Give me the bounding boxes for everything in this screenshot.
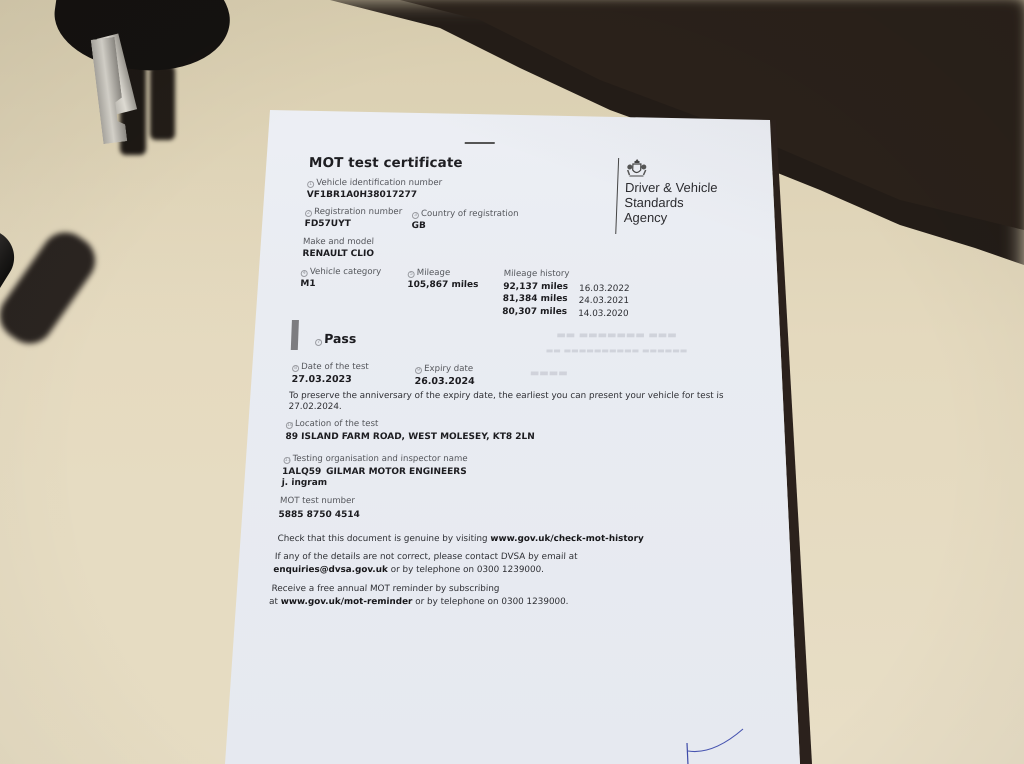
expiry-date-value: 26.03.2024 [414,376,475,387]
dvsa-logo: Driver & Vehicle Standards Agency [615,158,718,234]
testing-org-name: GILMAR MOTOR ENGINEERS [326,467,467,477]
field-number-icon: 3 [412,212,419,219]
contact-email-line: enquiries@dvsa.gov.uk or by telephone on… [273,565,544,575]
field-number-icon: 7 [315,339,322,346]
header-rule [465,142,495,144]
reverse-side-bleed: ▬▬▬ ▬▬▬▬▬▬▬ ▬▬ [556,330,677,341]
mileage-value: 105,867 miles [407,280,479,290]
document-title: MOT test certificate [309,155,463,171]
make-model-label: Make and model [303,237,374,247]
reminder-link-line: at www.gov.uk/mot-reminder or by telepho… [269,597,569,607]
inspector-name: j. ingram [281,478,327,488]
vehicle-category-label: 4Vehicle category [301,267,382,277]
test-number-value: 5885 8750 4514 [278,510,360,520]
test-date-label: 8Date of the test [292,362,369,372]
vehicle-category-value: M1 [300,279,316,289]
mot-reminder-link[interactable]: www.gov.uk/mot-reminder [281,597,413,607]
registration-value: FD57UYT [304,219,350,229]
vin-value: VF1BR1A0H38017277 [307,190,418,200]
contact-email-link[interactable]: enquiries@dvsa.gov.uk [273,565,388,575]
country-value: GB [411,221,426,231]
earliest-test-date: 27.02.2024. [288,402,342,412]
mileage-label: 5Mileage [408,268,451,278]
field-number-icon: 4 [301,270,308,277]
field-number-icon: 11 [283,457,290,464]
check-mot-history-link[interactable]: www.gov.uk/check-mot-history [490,534,644,544]
issuer-name-line: Agency [624,210,717,225]
country-label: 3Country of registration [412,209,519,219]
field-number-icon: 1 [307,181,314,188]
mileage-history-miles: 92,137 miles [503,282,568,292]
testing-org-code: 1ALQ59 [282,467,322,477]
issuer-name-line: Standards [624,195,717,210]
make-model-value: RENAULT CLIO [302,249,374,259]
pass-status-bar [291,320,299,350]
mot-certificate: ▬▬▬ ▬▬▬▬▬▬▬ ▬▬ ▬▬▬▬▬▬ ▬▬▬▬▬▬▬▬▬▬ ▬▬ ▬▬▬▬… [245,110,790,764]
expiry-date-label: 9Expiry date [415,364,473,374]
field-number-icon: 2 [305,210,312,217]
registration-label: 2Registration number [305,207,402,217]
pen-mark [683,725,753,764]
reminder-text: Receive a free annual MOT reminder by su… [271,584,499,594]
reverse-side-bleed: ▬▬▬▬▬▬ ▬▬▬▬▬▬▬▬▬▬ ▬▬ [546,346,688,355]
test-number-label: MOT test number [280,496,355,506]
issuer-name-line: Driver & Vehicle [625,180,718,195]
location-address: 89 ISLAND FARM ROAD, WEST MOLESEY, KT8 2… [285,432,535,442]
field-number-icon: 9 [415,367,422,374]
contact-text: If any of the details are not correct, p… [275,552,578,562]
mileage-history-date: 24.03.2021 [578,296,629,306]
mileage-history-miles: 80,307 miles [502,307,567,317]
mileage-history-label: Mileage history [504,269,570,279]
mileage-history-miles: 81,384 miles [503,294,568,304]
field-number-icon: 10 [286,422,293,429]
genuine-check-text: Check that this document is genuine by v… [277,534,643,544]
test-date-value: 27.03.2023 [291,374,352,385]
field-number-icon: 5 [408,271,415,278]
mileage-history-date: 14.03.2020 [578,309,629,319]
reverse-side-bleed: ▬▬▬▬ [530,368,568,379]
pass-status: 7Pass [315,328,357,347]
mileage-history-date: 16.03.2022 [579,284,630,294]
royal-crest-icon [625,158,648,178]
location-label: 10Location of the test [286,419,379,429]
vin-label: 1Vehicle identification number [307,178,442,188]
testing-org-label: 11Testing organisation and inspector nam… [283,454,467,464]
field-number-icon: 8 [292,365,299,372]
anniversary-note: To preserve the anniversary of the expir… [289,391,724,401]
key-shadow [150,65,175,140]
